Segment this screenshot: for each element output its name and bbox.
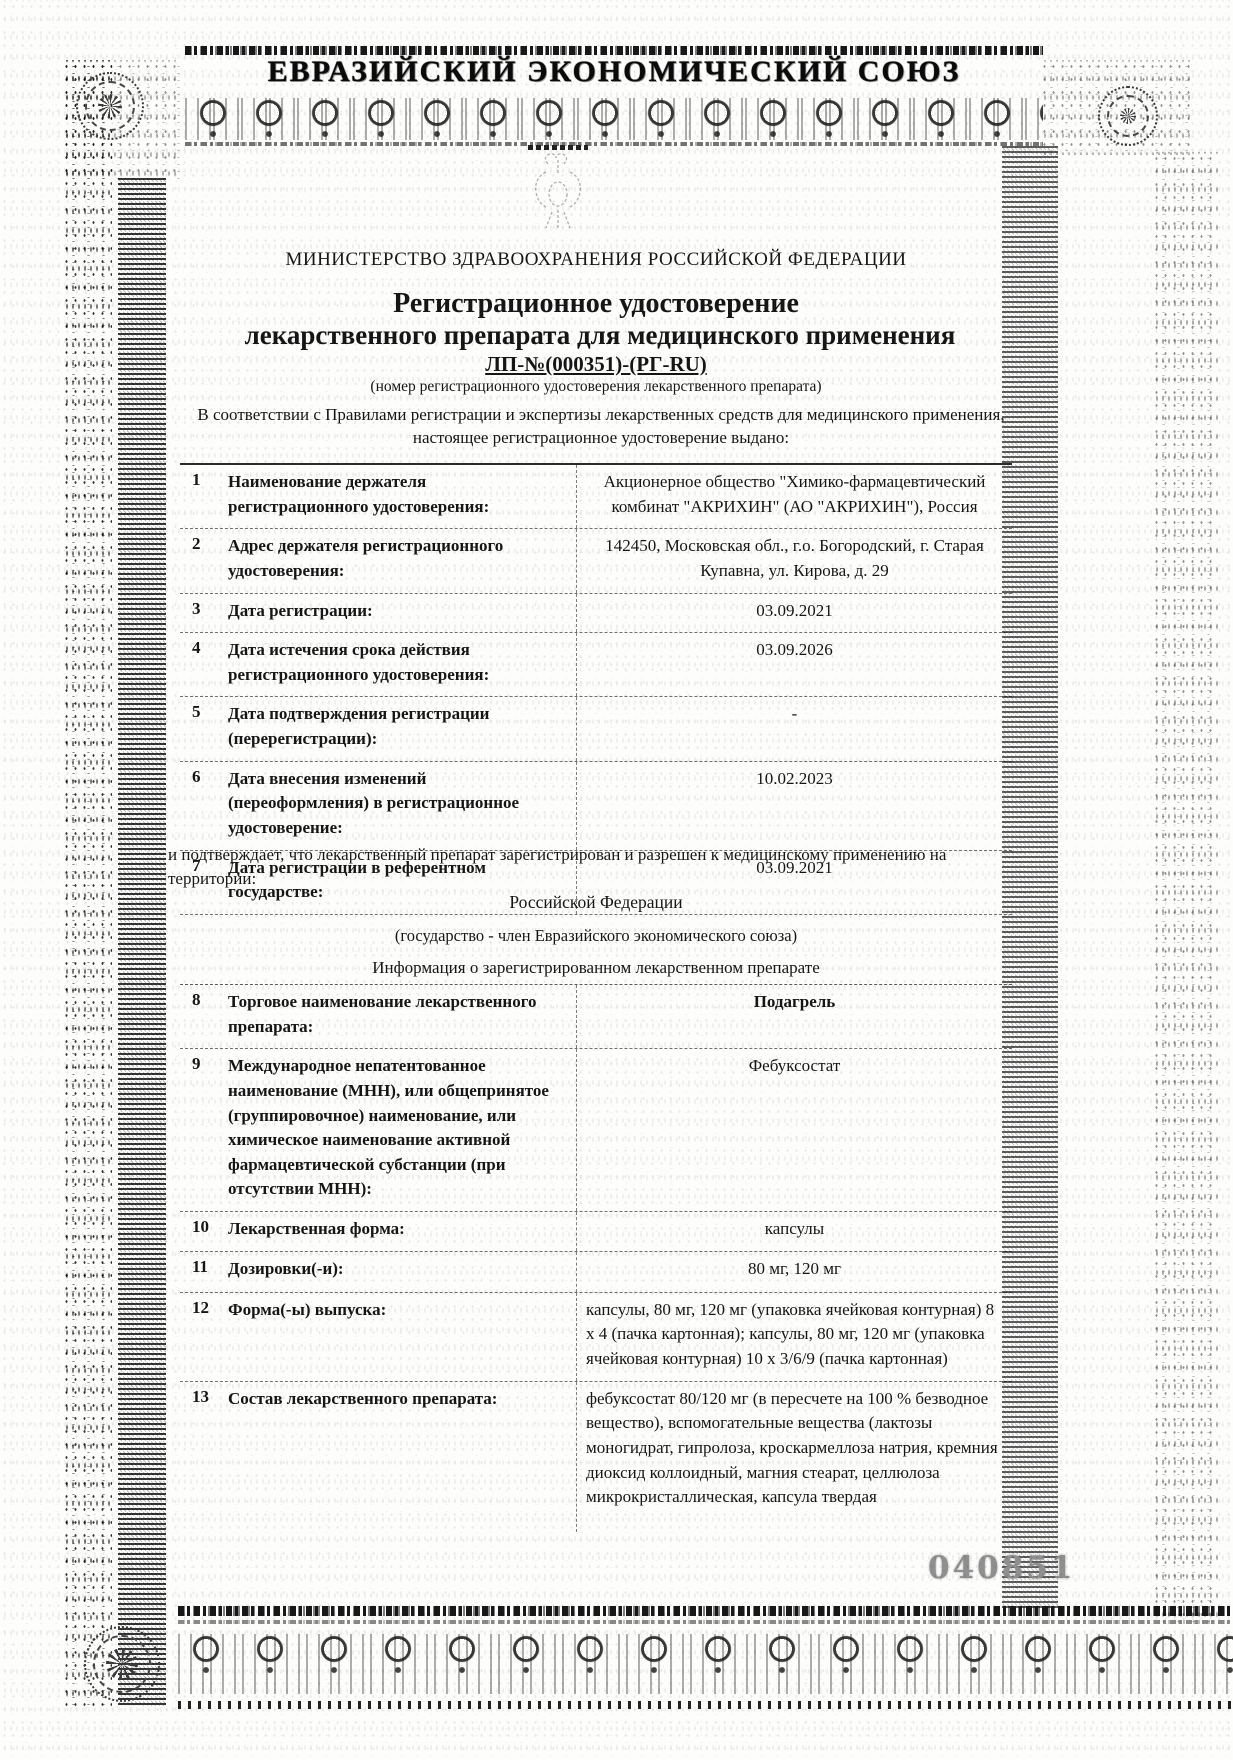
row-label: Адрес держателя регистрационного удостов… — [226, 529, 576, 592]
row-number: 6 — [180, 762, 226, 850]
row-label: Лекарственная форма: — [226, 1212, 576, 1251]
table-row: 1 Наименование держателя регистрационног… — [180, 465, 1012, 529]
table-row: 9 Международное непатентованное наименов… — [180, 1049, 1012, 1212]
footer-ornament-band — [178, 1602, 1233, 1717]
row-value: - — [576, 697, 1012, 760]
row-number: 10 — [180, 1212, 226, 1251]
guilloche-border-left-outer — [62, 60, 112, 1708]
row-value: 03.09.2021 — [576, 594, 1012, 633]
row-label: Состав лекарственного препарата: — [226, 1382, 576, 1532]
table-row: 3 Дата регистрации: 03.09.2021 — [180, 594, 1012, 634]
table-row: 5 Дата подтверждения регистрации (перере… — [180, 697, 1012, 761]
row-number: 12 — [180, 1293, 226, 1381]
row-value: 03.09.2026 — [576, 633, 1012, 696]
row-label: Дозировки(-и): — [226, 1252, 576, 1292]
registration-number: ЛП-№(000351)-(РГ-RU) — [180, 352, 1012, 377]
product-info-heading: Информация о зарегистрированном лекарств… — [180, 958, 1012, 978]
row-value: Подагрель — [576, 985, 1012, 1048]
table-row: 6 Дата внесения изменений (переоформлени… — [180, 762, 1012, 851]
microtext-line — [178, 1606, 1233, 1616]
row-number: 8 — [180, 985, 226, 1048]
product-info-table: 8 Торговое наименование лекарственного п… — [180, 984, 1012, 1532]
row-label: Форма(-ы) выпуска: — [226, 1293, 576, 1381]
rosette-ornament-top-right — [1098, 86, 1158, 146]
ministry-heading: МИНИСТЕРСТВО ЗДРАВООХРАНЕНИЯ РОССИЙСКОЙ … — [180, 248, 1012, 272]
row-number: 13 — [180, 1382, 226, 1532]
row-label: Дата внесения изменений (переоформления)… — [226, 762, 576, 850]
row-label: Дата истечения срока действия регистраци… — [226, 633, 576, 696]
guilloche-arch-row — [185, 98, 1043, 140]
row-value: Акционерное общество "Химико-фармацевтич… — [576, 465, 1012, 528]
table-row: 10 Лекарственная форма: капсулы — [180, 1212, 1012, 1252]
table-row: 13 Состав лекарственного препарата: фебу… — [180, 1382, 1012, 1532]
confirmation-paragraph: и подтверждает, что лекарственный препар… — [168, 843, 1034, 891]
guilloche-border-left-inner — [118, 178, 166, 1706]
header-ornament-band: ЕВРАЗИЙСКИЙ ЭКОНОМИЧЕСКИЙ СОЮЗ — [185, 46, 1043, 146]
guilloche-arch-row — [178, 1634, 1233, 1696]
row-number: 1 — [180, 465, 226, 528]
row-value: фебуксостат 80/120 мг (в пересчете на 10… — [576, 1382, 1012, 1532]
row-number: 2 — [180, 529, 226, 592]
row-label: Наименование держателя регистрационного … — [226, 465, 576, 528]
row-number: 4 — [180, 633, 226, 696]
rosette-ornament-top-left — [76, 72, 144, 140]
registration-number-caption: (номер регистрационного удостоверения ле… — [180, 378, 1012, 396]
row-number: 5 — [180, 697, 226, 760]
row-value: 10.02.2023 — [576, 762, 1012, 850]
row-value: 80 мг, 120 мг — [576, 1252, 1012, 1292]
microtext-line — [185, 142, 1043, 146]
rosette-ornament-bottom-left — [84, 1626, 160, 1702]
microtext-line — [178, 1620, 1233, 1624]
row-value: капсулы — [576, 1212, 1012, 1251]
table-row: 12 Форма(-ы) выпуска: капсулы, 80 мг, 12… — [180, 1293, 1012, 1382]
table-row: 4 Дата истечения срока действия регистра… — [180, 633, 1012, 697]
table-row: 2 Адрес держателя регистрационного удост… — [180, 529, 1012, 593]
intro-paragraph: В соответствии с Правилами регистрации и… — [190, 404, 1012, 450]
row-number: 11 — [180, 1252, 226, 1292]
serial-number-stamp: 040851 — [928, 1550, 1075, 1586]
certificate-title-line1: Регистрационное удостоверение — [180, 288, 1012, 320]
certificate-page: ЕВРАЗИЙСКИЙ ЭКОНОМИЧЕСКИЙ СОЮЗ МИНИСТЕРС… — [0, 0, 1233, 1760]
row-number: 3 — [180, 594, 226, 633]
row-label: Дата подтверждения регистрации (перереги… — [226, 697, 576, 760]
row-label: Дата регистрации: — [226, 594, 576, 633]
dotted-ornament-row — [178, 1701, 1233, 1709]
table-row: 8 Торговое наименование лекарственного п… — [180, 985, 1012, 1049]
row-value: Фебуксостат — [576, 1049, 1012, 1211]
row-label: Международное непатентованное наименован… — [226, 1049, 576, 1211]
microtext-line — [185, 46, 1043, 55]
table-row: 11 Дозировки(-и): 80 мг, 120 мг — [180, 1252, 1012, 1293]
row-value: 142450, Московская обл., г.о. Богородски… — [576, 529, 1012, 592]
eaeu-header-title: ЕВРАЗИЙСКИЙ ЭКОНОМИЧЕСКИЙ СОЮЗ — [185, 55, 1043, 89]
row-value: капсулы, 80 мг, 120 мг (упаковка ячейков… — [576, 1293, 1012, 1381]
row-label: Торговое наименование лекарственного пре… — [226, 985, 576, 1048]
territory-caption: (государство - член Евразийского экономи… — [180, 926, 1012, 946]
guilloche-border-right-outer — [1152, 152, 1218, 1624]
russia-coat-of-arms-icon — [526, 150, 590, 238]
certificate-title-line2: лекарственного препарата для медицинског… — [150, 320, 1050, 351]
territory-name: Российской Федерации — [180, 892, 1012, 913]
row-number: 9 — [180, 1049, 226, 1211]
